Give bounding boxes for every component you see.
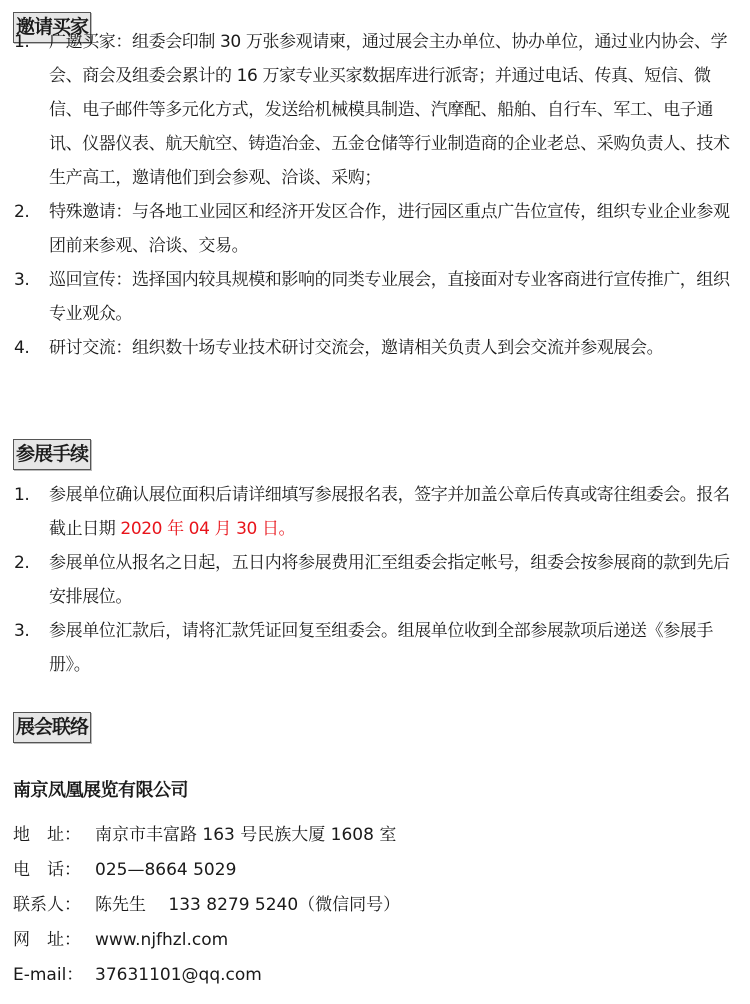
email-label: E-mail：: [13, 958, 95, 993]
address-value: 南京市丰富路 163 号民族大厦 1608 室: [95, 825, 396, 845]
item-text: 特殊邀请：与各地工业园区和经济开发区合作，进行园区重点广告位宣传，组织专业企业参…: [49, 202, 730, 256]
contact-person-row: 联系人：陈先生 133 8279 5240（微信同号）: [13, 888, 400, 923]
list-item: 1. 参展单位确认展位面积后请详细填写参展报名表，签字并加盖公章后传真或寄往组委…: [0, 478, 750, 546]
list-item: 3. 参展单位汇款后，请将汇款凭证回复至组委会。组展单位收到全部参展款项后递送《…: [0, 614, 750, 682]
contact-person-value: 陈先生 133 8279 5240（微信同号）: [95, 895, 400, 915]
section-heading-contact: 展会联络: [13, 712, 91, 743]
contact-person-label: 联系人：: [13, 888, 95, 923]
item-text: 研讨交流：组织数十场专业技术研讨交流会，邀请相关负责人到会交流并参观展会。: [49, 338, 663, 358]
item-number: 1.: [14, 25, 29, 59]
item-text: 广邀买家：组委会印制 30 万张参观请柬，通过展会主办单位、协办单位，通过业内协…: [49, 32, 730, 188]
item-number: 2.: [14, 195, 29, 229]
invite-buyers-list: 1. 广邀买家：组委会印制 30 万张参观请柬，通过展会主办单位、协办单位，通过…: [0, 25, 750, 365]
item-text: 参展单位汇款后，请将汇款凭证回复至组委会。组展单位收到全部参展款项后递送《参展手…: [49, 621, 713, 675]
list-item: 1. 广邀买家：组委会印制 30 万张参观请柬，通过展会主办单位、协办单位，通过…: [0, 25, 750, 195]
phone-label: 电 话：: [13, 853, 95, 888]
phone-row: 电 话：025—8664 5029: [13, 853, 400, 888]
deadline-date: 2020 年 04 月 30 日。: [120, 519, 295, 539]
phone-value: 025—8664 5029: [95, 860, 236, 880]
list-item: 4. 研讨交流：组织数十场专业技术研讨交流会，邀请相关负责人到会交流并参观展会。: [0, 331, 750, 365]
item-text: 参展单位从报名之日起，五日内将参展费用汇至组委会指定帐号，组委会按参展商的款到先…: [49, 553, 730, 607]
item-number: 2.: [14, 546, 29, 580]
website-row: 网 址：www.njfhzl.com: [13, 923, 400, 958]
item-number: 3.: [14, 614, 29, 648]
email-row: E-mail：37631101@qq.com: [13, 958, 400, 993]
company-name: 南京凤凰展览有限公司: [13, 776, 188, 802]
email-link[interactable]: 37631101@qq.com: [95, 965, 262, 985]
website-label: 网 址：: [13, 923, 95, 958]
website-link[interactable]: www.njfhzl.com: [95, 930, 228, 950]
contact-info: 地 址：南京市丰富路 163 号民族大厦 1608 室 电 话：025—8664…: [13, 818, 400, 993]
item-text: 巡回宣传：选择国内较具规模和影响的同类专业展会，直接面对专业客商进行宣传推广，组…: [49, 270, 730, 324]
list-item: 2. 参展单位从报名之日起，五日内将参展费用汇至组委会指定帐号，组委会按参展商的…: [0, 546, 750, 614]
list-item: 2. 特殊邀请：与各地工业园区和经济开发区合作，进行园区重点广告位宣传，组织专业…: [0, 195, 750, 263]
section-heading-procedure: 参展手续: [13, 439, 91, 470]
item-number: 4.: [14, 331, 29, 365]
procedure-list: 1. 参展单位确认展位面积后请详细填写参展报名表，签字并加盖公章后传真或寄往组委…: [0, 478, 750, 682]
list-item: 3. 巡回宣传：选择国内较具规模和影响的同类专业展会，直接面对专业客商进行宣传推…: [0, 263, 750, 331]
item-number: 1.: [14, 478, 29, 512]
item-number: 3.: [14, 263, 29, 297]
address-label: 地 址：: [13, 818, 95, 853]
address-row: 地 址：南京市丰富路 163 号民族大厦 1608 室: [13, 818, 400, 853]
